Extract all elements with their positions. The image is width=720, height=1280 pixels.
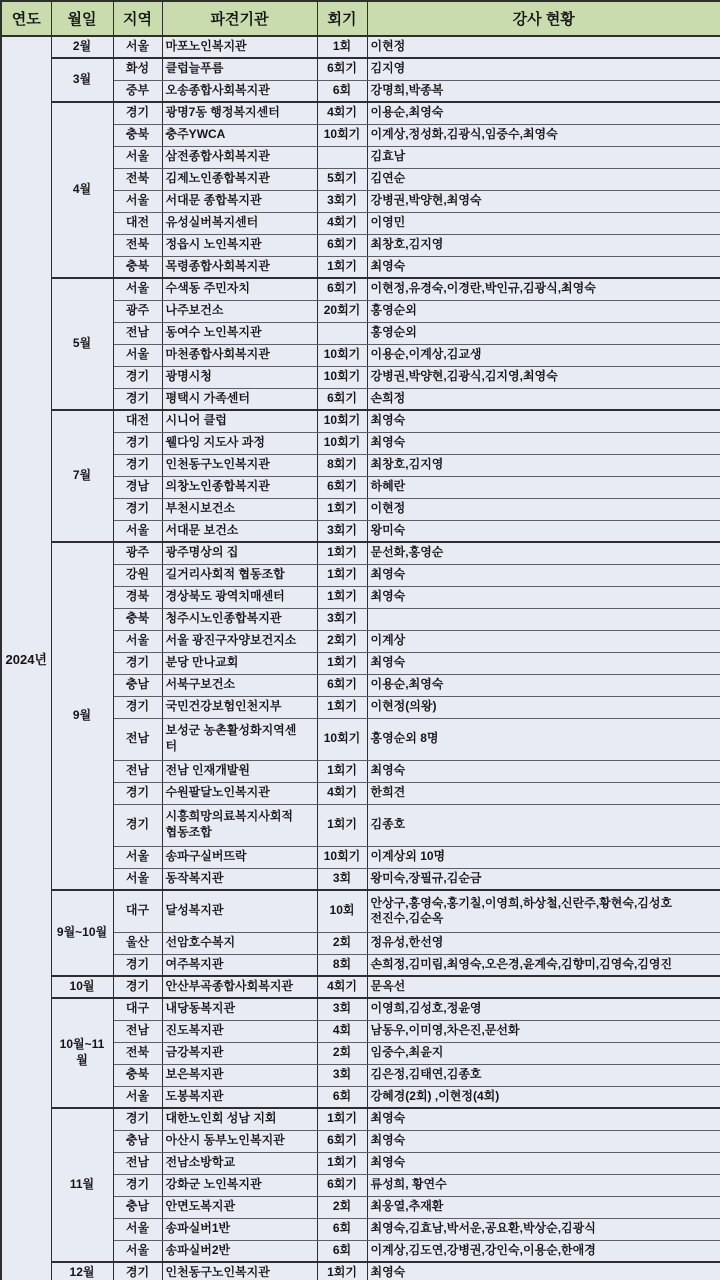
sessions-cell bbox=[317, 146, 367, 168]
sessions-cell: 6회기 bbox=[317, 58, 367, 80]
sessions-cell: 1회기 bbox=[317, 542, 367, 564]
sessions-cell bbox=[317, 322, 367, 344]
agency-cell: 시흥희망의료복지사회적 협동조합 bbox=[162, 804, 317, 846]
region-cell: 서울 bbox=[113, 36, 162, 58]
sessions-cell: 5회기 bbox=[317, 168, 367, 190]
sessions-cell: 1회기 bbox=[317, 1262, 367, 1280]
agency-cell: 서대문 보건소 bbox=[162, 520, 317, 542]
instructors-cell: 이현정 bbox=[367, 36, 720, 58]
region-cell: 전남 bbox=[113, 322, 162, 344]
instructors-cell: 손희정,김미림,최영숙,오은경,윤계숙,김향미,김영숙,김영진 bbox=[367, 954, 720, 976]
sessions-cell: 1회기 bbox=[317, 564, 367, 586]
year-cell: 2024년 bbox=[1, 36, 51, 1280]
sessions-cell: 6회기 bbox=[317, 1130, 367, 1152]
instructors-cell: 강혜경(2회) ,이현정(4회) bbox=[367, 1086, 720, 1108]
region-cell: 전남 bbox=[113, 1152, 162, 1174]
agency-cell: 청주시노인종합복지관 bbox=[162, 608, 317, 630]
month-cell: 3월 bbox=[51, 58, 113, 102]
table-row: 5월서울수색동 주민자치6회기이현정,유경숙,이경란,박인규,김광식,최영숙 bbox=[1, 278, 720, 300]
sessions-cell: 10회기 bbox=[317, 366, 367, 388]
agency-cell: 목령종합사회복지관 bbox=[162, 256, 317, 278]
region-cell: 경남 bbox=[113, 476, 162, 498]
sessions-cell: 10회기 bbox=[317, 718, 367, 760]
table-row: 7월대전시니어 클럽10회기최영숙 bbox=[1, 410, 720, 432]
region-cell: 충남 bbox=[113, 1130, 162, 1152]
region-cell: 경기 bbox=[113, 804, 162, 846]
sessions-cell: 2회 bbox=[317, 932, 367, 954]
sessions-cell: 3회 bbox=[317, 1064, 367, 1086]
instructors-cell: 문옥선 bbox=[367, 976, 720, 998]
sessions-cell: 6회기 bbox=[317, 234, 367, 256]
agency-cell: 충주YWCA bbox=[162, 124, 317, 146]
region-cell: 경기 bbox=[113, 696, 162, 718]
month-cell: 9월~10월 bbox=[51, 890, 113, 976]
instructors-cell: 류성희, 황연수 bbox=[367, 1174, 720, 1196]
sessions-cell: 1회기 bbox=[317, 696, 367, 718]
sessions-cell: 6회기 bbox=[317, 476, 367, 498]
agency-cell: 전남소방학교 bbox=[162, 1152, 317, 1174]
region-cell: 서울 bbox=[113, 344, 162, 366]
region-cell: 충북 bbox=[113, 1064, 162, 1086]
instructors-cell: 임중수,최윤지 bbox=[367, 1042, 720, 1064]
sessions-cell: 20회기 bbox=[317, 300, 367, 322]
instructors-cell: 강병권,박양현,김광식,김지영,최영숙 bbox=[367, 366, 720, 388]
sessions-cell: 1회기 bbox=[317, 804, 367, 846]
table-row: 10월~11 월대구내당동복지관3회이영희,김성호,정윤영 bbox=[1, 998, 720, 1020]
header-region: 지역 bbox=[113, 1, 162, 36]
instructors-cell: 정유성,한선영 bbox=[367, 932, 720, 954]
region-cell: 서울 bbox=[113, 868, 162, 890]
sessions-cell: 4회 bbox=[317, 1020, 367, 1042]
region-cell: 대전 bbox=[113, 212, 162, 234]
sessions-cell: 4회기 bbox=[317, 976, 367, 998]
agency-cell: 송파실버2반 bbox=[162, 1240, 317, 1262]
sessions-cell: 6회기 bbox=[317, 278, 367, 300]
agency-cell: 국민건강보험인천지부 bbox=[162, 696, 317, 718]
instructors-cell: 최영숙,김효남,박서운,공요환,박상순,김광식 bbox=[367, 1218, 720, 1240]
region-cell: 대구 bbox=[113, 998, 162, 1020]
sessions-cell: 1회기 bbox=[317, 498, 367, 520]
region-cell: 강원 bbox=[113, 564, 162, 586]
agency-cell: 정읍시 노인복지관 bbox=[162, 234, 317, 256]
sessions-cell: 2회 bbox=[317, 1196, 367, 1218]
month-cell: 12월 bbox=[51, 1262, 113, 1280]
instructors-cell: 최영숙 bbox=[367, 1130, 720, 1152]
table-row: 12월경기인천동구노인복지관1회기최영숙 bbox=[1, 1262, 720, 1280]
instructors-cell: 최영숙 bbox=[367, 1108, 720, 1130]
region-cell: 중부 bbox=[113, 80, 162, 102]
table-row: 9월광주광주명상의 집1회기문선화,홍영순 bbox=[1, 542, 720, 564]
sessions-cell: 1회기 bbox=[317, 1108, 367, 1130]
instructors-cell: 최영숙 bbox=[367, 564, 720, 586]
agency-cell: 내당동복지관 bbox=[162, 998, 317, 1020]
agency-cell: 광명7동 행정복지센터 bbox=[162, 102, 317, 124]
agency-cell: 수원팔달노인복지관 bbox=[162, 782, 317, 804]
agency-cell: 의창노인종합복지관 bbox=[162, 476, 317, 498]
agency-cell: 서북구보건소 bbox=[162, 674, 317, 696]
agency-cell: 김제노인종합복지관 bbox=[162, 168, 317, 190]
sessions-cell: 2회기 bbox=[317, 630, 367, 652]
agency-cell: 강화군 노인복지관 bbox=[162, 1174, 317, 1196]
region-cell: 경기 bbox=[113, 976, 162, 998]
instructors-cell: 왕미숙,장필규,김순금 bbox=[367, 868, 720, 890]
header-month: 월일 bbox=[51, 1, 113, 36]
region-cell: 대구 bbox=[113, 890, 162, 932]
agency-cell: 오송종합사회복지관 bbox=[162, 80, 317, 102]
region-cell: 충북 bbox=[113, 124, 162, 146]
instructors-cell: 홍영순외 bbox=[367, 322, 720, 344]
sessions-cell: 1회기 bbox=[317, 760, 367, 782]
instructors-cell: 왕미숙 bbox=[367, 520, 720, 542]
region-cell: 경기 bbox=[113, 454, 162, 476]
instructors-cell: 김종호 bbox=[367, 804, 720, 846]
month-cell: 11월 bbox=[51, 1108, 113, 1262]
sessions-cell: 3회기 bbox=[317, 608, 367, 630]
agency-cell: 광주명상의 집 bbox=[162, 542, 317, 564]
instructors-cell: 최영숙 bbox=[367, 1262, 720, 1280]
agency-cell: 금강복지관 bbox=[162, 1042, 317, 1064]
instructors-cell: 안상구,홍영숙,홍기칠,이영희,하상철,신란주,황현숙,김성호 전진수,김순옥 bbox=[367, 890, 720, 932]
region-cell: 충남 bbox=[113, 674, 162, 696]
instructors-cell: 강병권,박양현,최영숙 bbox=[367, 190, 720, 212]
table-row: 4월경기광명7동 행정복지센터4회기이용순,최영숙 bbox=[1, 102, 720, 124]
instructors-cell: 홍영순외 8명 bbox=[367, 718, 720, 760]
instructors-cell: 이용순,최영숙 bbox=[367, 674, 720, 696]
region-cell: 경기 bbox=[113, 954, 162, 976]
region-cell: 서울 bbox=[113, 278, 162, 300]
region-cell: 서울 bbox=[113, 146, 162, 168]
instructors-cell: 이영민 bbox=[367, 212, 720, 234]
region-cell: 전남 bbox=[113, 760, 162, 782]
region-cell: 경기 bbox=[113, 1174, 162, 1196]
agency-cell: 대한노인회 성남 지회 bbox=[162, 1108, 317, 1130]
instructors-cell: 이용순,최영숙 bbox=[367, 102, 720, 124]
region-cell: 서울 bbox=[113, 846, 162, 868]
sessions-cell: 6회기 bbox=[317, 388, 367, 410]
agency-cell: 아산시 동부노인복지관 bbox=[162, 1130, 317, 1152]
agency-cell: 서울 광진구자양보건지소 bbox=[162, 630, 317, 652]
instructors-cell: 최영숙 bbox=[367, 586, 720, 608]
instructors-cell: 손희정 bbox=[367, 388, 720, 410]
sessions-cell: 10회기 bbox=[317, 344, 367, 366]
agency-cell: 안산부곡종합사회복지관 bbox=[162, 976, 317, 998]
month-cell: 10월 bbox=[51, 976, 113, 998]
agency-cell: 동작복지관 bbox=[162, 868, 317, 890]
month-cell: 2월 bbox=[51, 36, 113, 58]
sessions-cell: 1회기 bbox=[317, 256, 367, 278]
agency-cell: 부천시보건소 bbox=[162, 498, 317, 520]
agency-cell: 안면도복지관 bbox=[162, 1196, 317, 1218]
month-cell: 10월~11 월 bbox=[51, 998, 113, 1108]
agency-cell: 수색동 주민자치 bbox=[162, 278, 317, 300]
agency-cell: 도봉복지관 bbox=[162, 1086, 317, 1108]
region-cell: 화성 bbox=[113, 58, 162, 80]
agency-cell: 유성실버복지센터 bbox=[162, 212, 317, 234]
region-cell: 서울 bbox=[113, 520, 162, 542]
agency-cell: 선암호수복지 bbox=[162, 932, 317, 954]
agency-cell: 나주보건소 bbox=[162, 300, 317, 322]
sessions-cell: 10회 bbox=[317, 890, 367, 932]
table-row: 10월경기안산부곡종합사회복지관4회기문옥선 bbox=[1, 976, 720, 998]
agency-cell: 보은복지관 bbox=[162, 1064, 317, 1086]
sessions-cell: 10회기 bbox=[317, 432, 367, 454]
header-instructors: 강사 현황 bbox=[367, 1, 720, 36]
agency-cell: 마천종합사회복지관 bbox=[162, 344, 317, 366]
sessions-cell: 6회 bbox=[317, 1240, 367, 1262]
header-sessions: 회기 bbox=[317, 1, 367, 36]
agency-cell: 광명시청 bbox=[162, 366, 317, 388]
instructors-cell: 김연순 bbox=[367, 168, 720, 190]
instructors-cell: 최영숙 bbox=[367, 652, 720, 674]
instructors-cell: 이계상 bbox=[367, 630, 720, 652]
region-cell: 대전 bbox=[113, 410, 162, 432]
instructors-cell: 이현정(의왕) bbox=[367, 696, 720, 718]
sessions-cell: 6회기 bbox=[317, 1174, 367, 1196]
instructors-cell: 김은정,김태연,김종호 bbox=[367, 1064, 720, 1086]
agency-cell: 인천동구노인복지관 bbox=[162, 1262, 317, 1280]
instructors-cell: 이계상외 10명 bbox=[367, 846, 720, 868]
instructors-cell: 이현정,유경숙,이경란,박인규,김광식,최영숙 bbox=[367, 278, 720, 300]
agency-cell: 서대문 종합복지관 bbox=[162, 190, 317, 212]
agency-cell: 길거리사회적 협동조합 bbox=[162, 564, 317, 586]
region-cell: 충북 bbox=[113, 608, 162, 630]
schedule-table: 연도 월일 지역 파견기관 회기 강사 현황 2024년2월서울마포노인복지관1… bbox=[0, 0, 720, 1280]
month-cell: 5월 bbox=[51, 278, 113, 410]
region-cell: 충남 bbox=[113, 1196, 162, 1218]
instructors-cell: 이영희,김성호,정윤영 bbox=[367, 998, 720, 1020]
sessions-cell: 6회 bbox=[317, 1086, 367, 1108]
sessions-cell: 10회기 bbox=[317, 124, 367, 146]
sessions-cell: 6회 bbox=[317, 1218, 367, 1240]
instructors-cell: 최영숙 bbox=[367, 432, 720, 454]
region-cell: 경기 bbox=[113, 388, 162, 410]
instructors-cell: 이현정 bbox=[367, 498, 720, 520]
region-cell: 전북 bbox=[113, 1042, 162, 1064]
agency-cell: 동여수 노인복지관 bbox=[162, 322, 317, 344]
sessions-cell: 10회기 bbox=[317, 410, 367, 432]
sessions-cell: 1회기 bbox=[317, 652, 367, 674]
region-cell: 경기 bbox=[113, 1108, 162, 1130]
instructors-cell: 최웅열,추재환 bbox=[367, 1196, 720, 1218]
sessions-cell: 3회 bbox=[317, 868, 367, 890]
instructors-cell: 최영숙 bbox=[367, 1152, 720, 1174]
agency-cell: 분당 만나교회 bbox=[162, 652, 317, 674]
instructors-cell: 하혜란 bbox=[367, 476, 720, 498]
sessions-cell: 1회기 bbox=[317, 586, 367, 608]
instructors-cell: 김지영 bbox=[367, 58, 720, 80]
table-row: 9월~10월대구달성복지관10회안상구,홍영숙,홍기칠,이영희,하상철,신란주,… bbox=[1, 890, 720, 932]
sessions-cell: 6회 bbox=[317, 80, 367, 102]
region-cell: 전남 bbox=[113, 718, 162, 760]
sessions-cell: 4회기 bbox=[317, 102, 367, 124]
region-cell: 경기 bbox=[113, 782, 162, 804]
instructors-cell: 최영숙 bbox=[367, 256, 720, 278]
sessions-cell: 8회기 bbox=[317, 454, 367, 476]
instructors-cell: 최창호,김지영 bbox=[367, 454, 720, 476]
region-cell: 전북 bbox=[113, 234, 162, 256]
month-cell: 4월 bbox=[51, 102, 113, 278]
header-agency: 파견기관 bbox=[162, 1, 317, 36]
region-cell: 충북 bbox=[113, 256, 162, 278]
sessions-cell: 8회 bbox=[317, 954, 367, 976]
month-cell: 7월 bbox=[51, 410, 113, 542]
region-cell: 광주 bbox=[113, 300, 162, 322]
region-cell: 서울 bbox=[113, 1240, 162, 1262]
region-cell: 경기 bbox=[113, 652, 162, 674]
instructors-cell: 이계상,정성화,김광식,임중수,최영숙 bbox=[367, 124, 720, 146]
instructors-cell: 홍영순외 bbox=[367, 300, 720, 322]
agency-cell: 전남 인재개발원 bbox=[162, 760, 317, 782]
sessions-cell: 3회기 bbox=[317, 190, 367, 212]
sessions-cell: 4회기 bbox=[317, 212, 367, 234]
region-cell: 서울 bbox=[113, 630, 162, 652]
region-cell: 전북 bbox=[113, 168, 162, 190]
instructors-cell: 한희견 bbox=[367, 782, 720, 804]
region-cell: 경북 bbox=[113, 586, 162, 608]
agency-cell: 송파실버1반 bbox=[162, 1218, 317, 1240]
region-cell: 경기 bbox=[113, 102, 162, 124]
agency-cell: 인천동구노인복지관 bbox=[162, 454, 317, 476]
agency-cell: 여주복지관 bbox=[162, 954, 317, 976]
instructors-cell: 강명희,박종복 bbox=[367, 80, 720, 102]
sessions-cell: 10회기 bbox=[317, 846, 367, 868]
month-cell: 9월 bbox=[51, 542, 113, 890]
instructors-cell bbox=[367, 608, 720, 630]
agency-cell: 시니어 클럽 bbox=[162, 410, 317, 432]
agency-cell: 클럽늘푸름 bbox=[162, 58, 317, 80]
table-row: 3월화성클럽늘푸름6회기김지영 bbox=[1, 58, 720, 80]
instructors-cell: 최영숙 bbox=[367, 410, 720, 432]
agency-cell: 달성복지관 bbox=[162, 890, 317, 932]
region-cell: 경기 bbox=[113, 432, 162, 454]
region-cell: 서울 bbox=[113, 190, 162, 212]
instructors-cell: 최창호,김지영 bbox=[367, 234, 720, 256]
region-cell: 경기 bbox=[113, 1262, 162, 1280]
region-cell: 울산 bbox=[113, 932, 162, 954]
sessions-cell: 6회기 bbox=[317, 674, 367, 696]
table-body: 2024년2월서울마포노인복지관1회이현정3월화성클럽늘푸름6회기김지영중부오송… bbox=[1, 36, 720, 1280]
agency-cell: 경상북도 광역치매센터 bbox=[162, 586, 317, 608]
sessions-cell: 3회기 bbox=[317, 520, 367, 542]
instructors-cell: 문선화,홍영순 bbox=[367, 542, 720, 564]
agency-cell: 웰다잉 지도사 과정 bbox=[162, 432, 317, 454]
sessions-cell: 4회기 bbox=[317, 782, 367, 804]
agency-cell: 보성군 농촌활성화지역센 터 bbox=[162, 718, 317, 760]
region-cell: 광주 bbox=[113, 542, 162, 564]
agency-cell: 삼전종합사회복지관 bbox=[162, 146, 317, 168]
header-row: 연도 월일 지역 파견기관 회기 강사 현황 bbox=[1, 1, 720, 36]
table-row: 11월경기대한노인회 성남 지회1회기최영숙 bbox=[1, 1108, 720, 1130]
sessions-cell: 1회 bbox=[317, 36, 367, 58]
instructors-cell: 남동우,이미영,차은진,문선화 bbox=[367, 1020, 720, 1042]
agency-cell: 송파구실버뜨락 bbox=[162, 846, 317, 868]
region-cell: 경기 bbox=[113, 498, 162, 520]
agency-cell: 진도복지관 bbox=[162, 1020, 317, 1042]
sessions-cell: 3회 bbox=[317, 998, 367, 1020]
table-row: 2024년2월서울마포노인복지관1회이현정 bbox=[1, 36, 720, 58]
instructors-cell: 이계상,김도연,강병권,강인숙,이용순,한애경 bbox=[367, 1240, 720, 1262]
sessions-cell: 1회기 bbox=[317, 1152, 367, 1174]
region-cell: 전남 bbox=[113, 1020, 162, 1042]
sessions-cell: 2회 bbox=[317, 1042, 367, 1064]
agency-cell: 마포노인복지관 bbox=[162, 36, 317, 58]
region-cell: 경기 bbox=[113, 366, 162, 388]
region-cell: 서울 bbox=[113, 1086, 162, 1108]
instructors-cell: 최영숙 bbox=[367, 760, 720, 782]
agency-cell: 평택시 가족센터 bbox=[162, 388, 317, 410]
region-cell: 서울 bbox=[113, 1218, 162, 1240]
header-year: 연도 bbox=[1, 1, 51, 36]
instructors-cell: 이용순,이계상,김교생 bbox=[367, 344, 720, 366]
instructors-cell: 김효남 bbox=[367, 146, 720, 168]
